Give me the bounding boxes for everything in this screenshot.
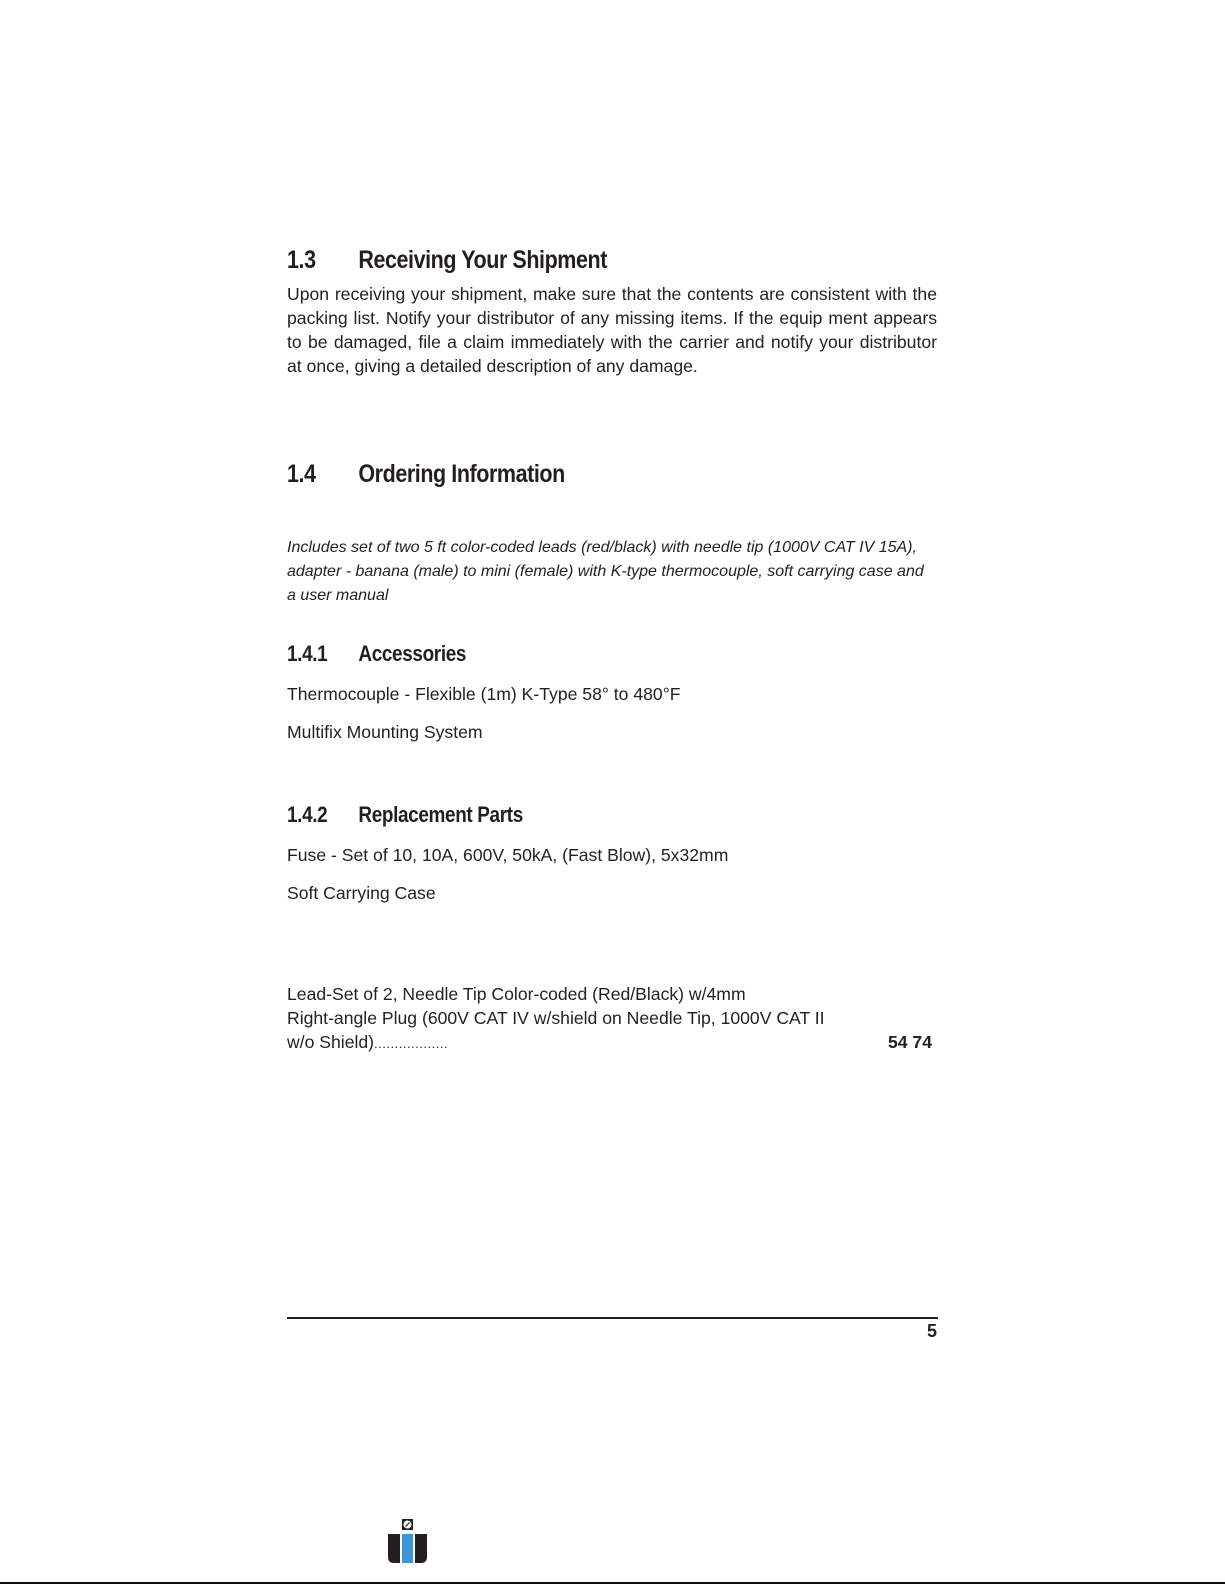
subsection-heading-replacement-parts: 1.4.2Replacement Parts (287, 802, 523, 828)
subsection-title: Accessories (358, 641, 466, 666)
accessory-item: Multifix Mounting System (287, 720, 483, 744)
lead-set-entry: Lead-Set of 2, Needle Tip Color-coded (R… (287, 982, 932, 1056)
lead-set-line: Right-angle Plug (600V CAT IV w/shield o… (287, 1006, 932, 1030)
subsection-number: 1.4.2 (287, 802, 358, 828)
subsection-number: 1.4.1 (287, 641, 358, 667)
section-number: 1.4 (287, 460, 358, 489)
footer-rule (287, 1317, 938, 1319)
dot-leader: .................. (374, 1032, 448, 1056)
page-number: 5 (900, 1321, 937, 1342)
lead-set-line: Lead-Set of 2, Needle Tip Color-coded (R… (287, 982, 932, 1006)
section-title: Ordering Information (358, 460, 564, 488)
accessory-item: Thermocouple - Flexible (1m) K-Type 58° … (287, 682, 680, 706)
ordering-includes-text: Includes set of two 5 ft color-coded lea… (287, 536, 937, 608)
lead-set-last-line: w/o Shield) .................. 54 74 (287, 1030, 932, 1056)
receiving-paragraph: Upon receiving your shipment, make sure … (287, 282, 937, 378)
section-title: Receiving Your Shipment (358, 246, 607, 274)
lead-set-line: w/o Shield) (287, 1030, 374, 1054)
section-heading-receiving: 1.3Receiving Your Shipment (287, 246, 607, 275)
replacement-part-item: Soft Carrying Case (287, 881, 436, 905)
part-number: 54 74 (888, 1030, 932, 1054)
replacement-part-item: Fuse - Set of 10, 10A, 600V, 50kA, (Fast… (287, 843, 728, 867)
subsection-title: Replacement Parts (358, 802, 523, 827)
gauge-bars-logo-icon (388, 1519, 432, 1567)
page-bottom-border (0, 1582, 1225, 1584)
section-heading-ordering: 1.4Ordering Information (287, 460, 565, 489)
subsection-heading-accessories: 1.4.1Accessories (287, 641, 466, 667)
section-number: 1.3 (287, 246, 358, 275)
